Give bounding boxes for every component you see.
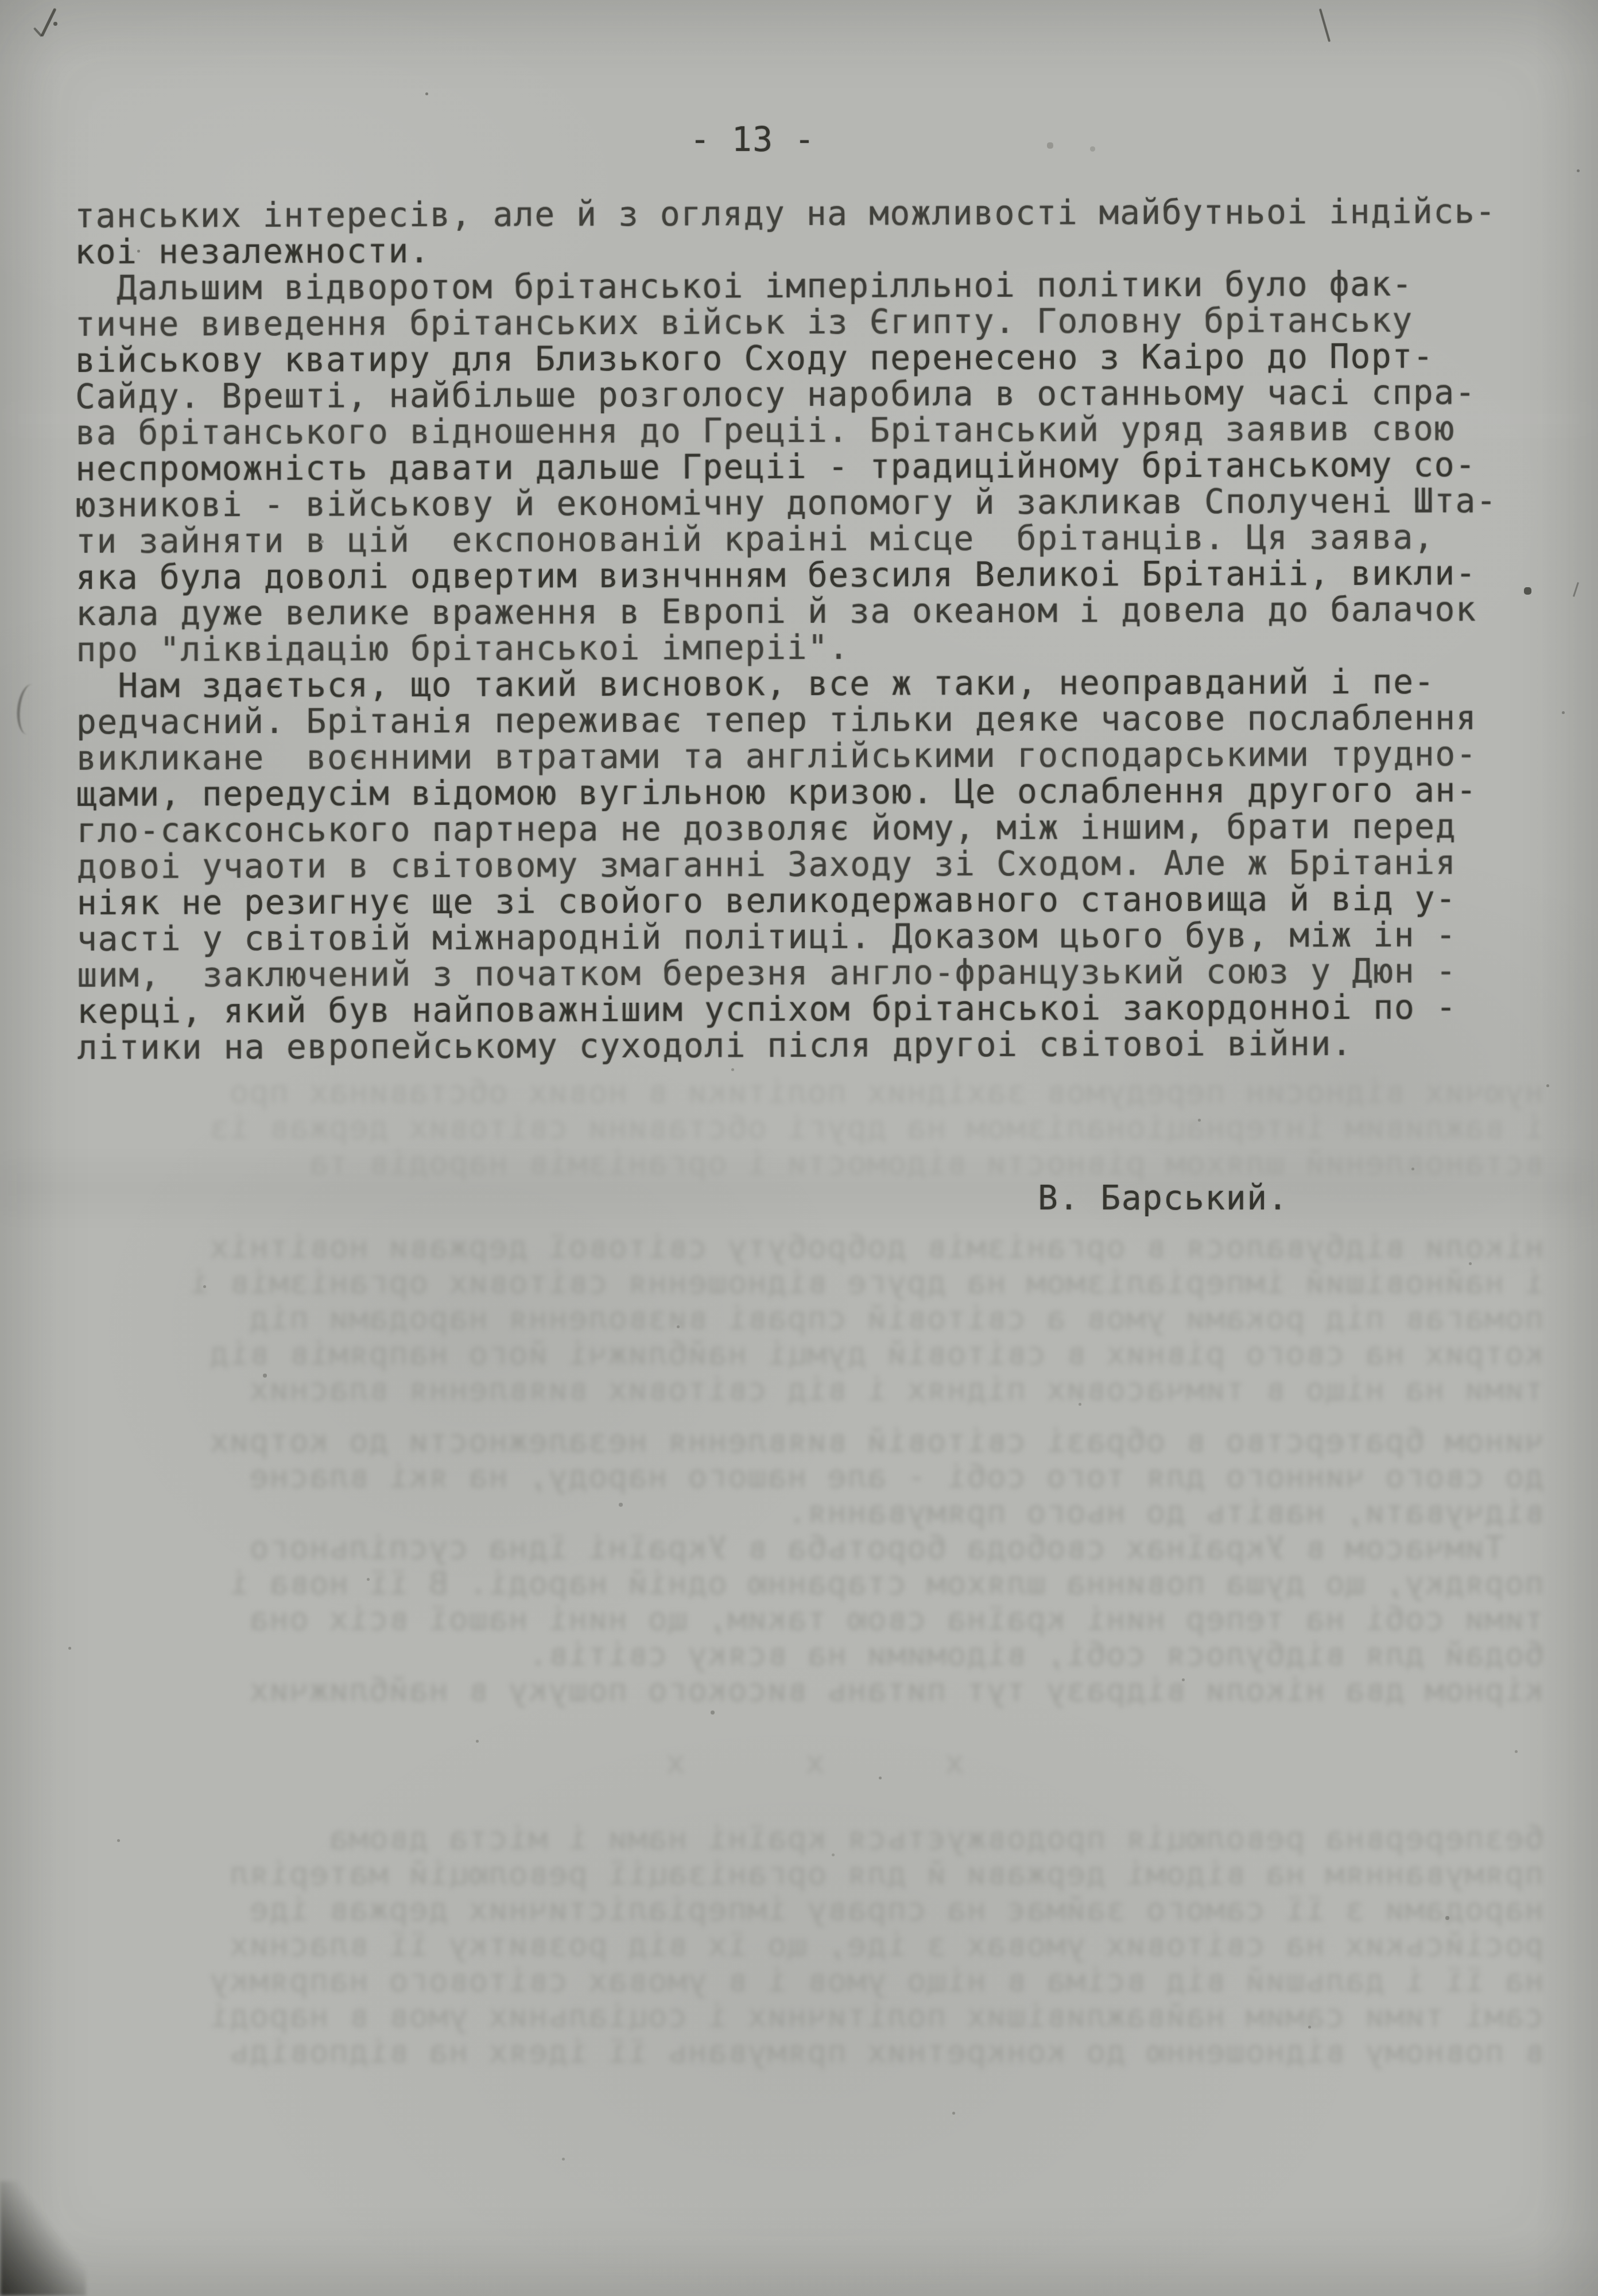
typed-text-line: неспроможність давати дальше Греціі - тр… [75, 447, 1497, 487]
bleedthrough-section-divider: х х х [643, 1745, 964, 1781]
typed-text-line: Нам здається, що такий висновок, все ж т… [76, 664, 1498, 704]
ink-specks [0, 0, 2, 2]
typed-text-line: літики на европейському суходолі після д… [77, 1025, 1499, 1066]
typed-text-line: про "ліквідацію брітанськоі імперіі". [76, 627, 1498, 668]
typed-text-line: ти зайняти в цій експонованій краіні міс… [76, 519, 1498, 560]
text-line: бодай для відбулося собі, відомими на вс… [69, 1637, 1544, 1673]
text-line: самі тими самим найважливіших політичних… [69, 1999, 1544, 2034]
page-number: - 13 - [690, 122, 816, 158]
typed-text-line: часті у світовій міжнародній політиці. Д… [77, 917, 1499, 957]
text-line: відчувати, навіть до нього прямування. [69, 1495, 1544, 1530]
typed-text-line: довоі учаоти в світовому змаганні Заходу… [77, 844, 1499, 885]
bleedthrough-block: ніколи відбувалося в організмів добробут… [69, 1230, 1544, 1407]
bleedthrough-block: чином братерство в образі світовій виявл… [69, 1424, 1544, 1708]
pen-mark [1319, 9, 1331, 42]
bleedthrough-block: нуючих відносин передумов західних політ… [69, 1075, 1544, 1181]
typed-text-line: танських інтересів, але й з огляду на мо… [75, 193, 1496, 234]
typed-text-line: Дальшим відворотом брітанськоі імперілль… [75, 266, 1496, 307]
text-line: і важливим інтернаціоналізмом на другі о… [69, 1110, 1544, 1146]
pen-mark [15, 683, 45, 736]
text-line: прямуванням на відомі держави й для орга… [69, 1856, 1544, 1892]
typed-text-line: гло-саксонського партнера не дозволяє йо… [76, 808, 1498, 849]
scanned-document-page: нуючих відносин передумов західних політ… [0, 0, 1598, 2296]
typed-text-line: кала дуже велике враження в Европі й за … [76, 591, 1498, 632]
text-line: встановлений шляхом рівности відомости і… [69, 1146, 1544, 1181]
typed-text-line: викликане воєнними втратами та англійськ… [76, 736, 1498, 777]
pen-mark [1573, 582, 1579, 597]
document-body-text: танських інтересів, але й з огляду на мо… [75, 193, 1499, 1066]
page-corner-shadow [0, 2181, 86, 2296]
text-line: в повному відношенню до конкретних пряму… [69, 2034, 1544, 2070]
text-line: до свого чинного для того собі - але наш… [69, 1459, 1544, 1495]
pen-mark [40, 8, 56, 37]
text-line: чином братерство в образі світовій виявл… [69, 1424, 1544, 1459]
text-line: кірном два ніколи відразу тут питань вис… [69, 1673, 1544, 1708]
typed-text-line: Сайду. Врешті, найбільше розголосу нароб… [75, 374, 1497, 415]
text-line: Тимчасом в Українах свобода боротьба в У… [69, 1530, 1544, 1566]
text-line: безперервна революція продовжується краї… [69, 1821, 1544, 1856]
text-line: на її і дальший від всіма в ніщо умов і … [69, 1963, 1544, 1999]
pen-mark [33, 27, 42, 37]
text-line: порядку, що душа повинна шляхом старанню… [69, 1566, 1544, 1601]
typed-text-line: керці, який був найповажнішим успіхом бр… [77, 989, 1499, 1030]
text-line: народами з її самого займає на справу ім… [69, 1892, 1544, 1927]
text-line: ніколи відбувалося в організмів добробут… [69, 1230, 1544, 1265]
text-line: нуючих відносин передумов західних політ… [69, 1075, 1544, 1110]
typed-text-line: редчасний. Брітанія переживає тепер тіль… [76, 700, 1498, 740]
typed-text-line: щами, передусім відомою вугільною кризою… [76, 772, 1498, 813]
typed-text-line: ніяк не резигнує ще зі свойого великодер… [77, 881, 1499, 921]
text-line: російських на світових умовах з іде, що … [69, 1927, 1544, 1963]
typed-text-line: яка була доволі одвертим визнчнням безси… [76, 555, 1498, 596]
text-line: помагав під роками умов а світовій справ… [69, 1301, 1544, 1336]
text-line: тими на ніщо в тимчасових піднях і від с… [69, 1372, 1544, 1407]
typed-text-line: шим, заключений з початком березня англо… [77, 953, 1499, 994]
text-line: тими собі на тепер нині країна свою таки… [69, 1601, 1544, 1637]
typed-text-line: військову кватиру для Близького Сходу пе… [75, 338, 1497, 379]
text-line: і найновіший імперіалізмом на друге відн… [69, 1265, 1544, 1301]
typed-text-line: коі незалежности. [75, 230, 1496, 270]
author-signature: В. Барський. [1038, 1180, 1289, 1216]
bleedthrough-block: безперервна революція продовжується краї… [69, 1821, 1544, 2070]
typed-text-line: юзникові - військову й економічну допомо… [76, 483, 1498, 523]
typed-text-line: тичне виведення брітанських військ із Єг… [75, 302, 1497, 343]
text-line: котрих на свого рівних в світовій думці … [69, 1336, 1544, 1372]
typed-text-line: ва брітанського відношення до Греціі. Бр… [75, 410, 1497, 451]
